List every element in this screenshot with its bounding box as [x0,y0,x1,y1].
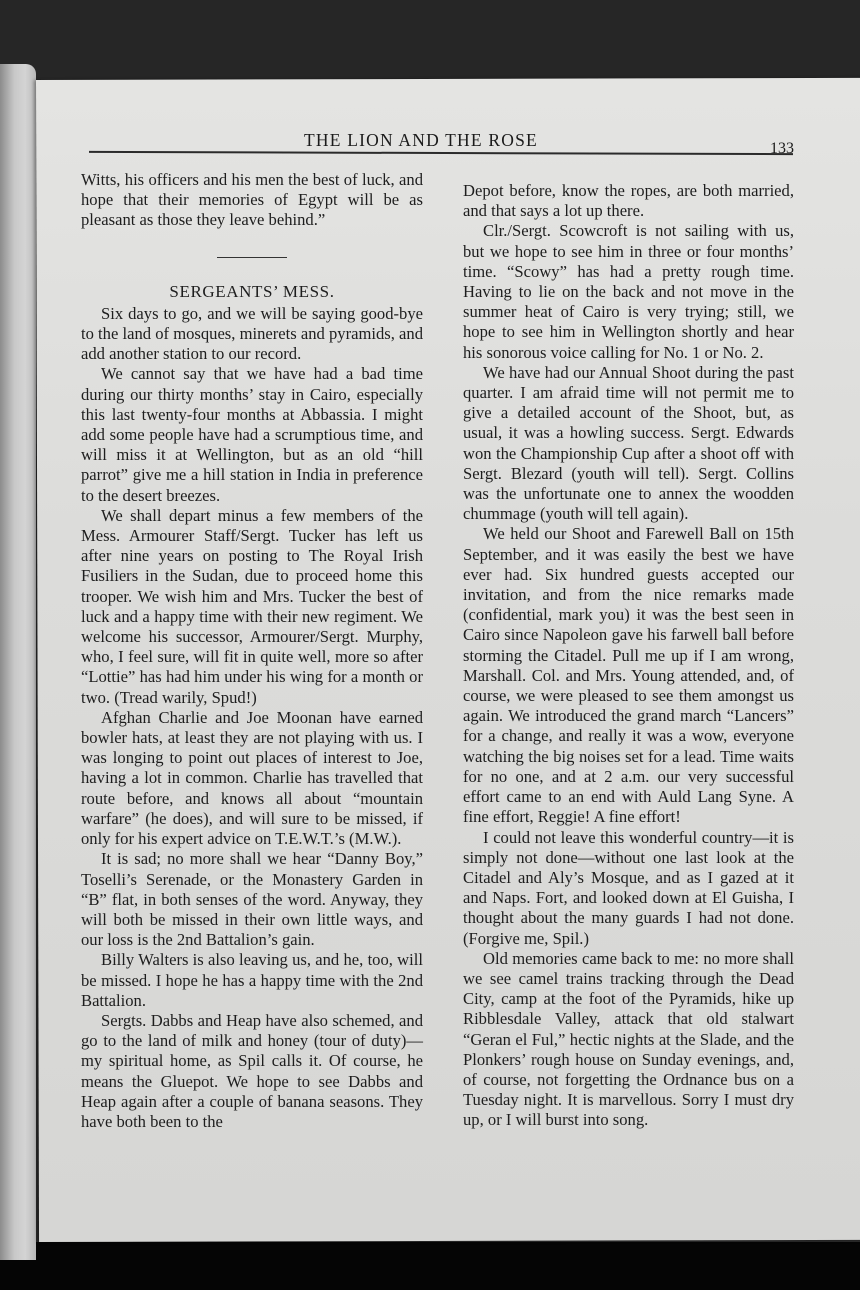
paragraph: I could not leave this wonderful country… [463,828,794,949]
section-separator [217,257,287,258]
paragraph: We shall depart minus a few members of t… [81,506,423,708]
paragraph: Old memories came back to me: no more sh… [463,949,794,1131]
paragraph: We have had our Annual Shoot during the … [463,363,794,525]
paragraph: Six days to go, and we will be saying go… [81,304,423,365]
running-header-title: THE LION AND THE ROSE [304,130,538,151]
right-column: Depot before, know the ropes, are both m… [463,181,794,1131]
page-number: 133 [770,140,794,158]
paragraph: It is sad; no more shall we hear “Danny … [81,849,423,950]
left-column: Witts, his officers and his men the best… [81,170,423,1132]
section-heading: SERGEANTS’ MESS. [81,282,423,302]
book-spine-edge [0,64,36,1260]
paragraph: We held our Shoot and Farewell Ball on 1… [463,524,794,827]
paragraph: We cannot say that we have had a bad tim… [81,364,423,505]
paragraph: Clr./Sergt. Scowcroft is not sailing wit… [463,221,794,362]
continued-paragraph: Depot before, know the ropes, are both m… [463,181,794,221]
paragraph: Afghan Charlie and Joe Moonan have earne… [81,708,423,849]
paragraph: Sergts. Dabbs and Heap have also schemed… [81,1011,423,1132]
paragraph: Billy Walters is also leaving us, and he… [81,950,423,1011]
continued-paragraph: Witts, his officers and his men the best… [81,170,423,231]
dark-background-bottom [0,1242,860,1290]
dark-background-top [0,0,860,90]
